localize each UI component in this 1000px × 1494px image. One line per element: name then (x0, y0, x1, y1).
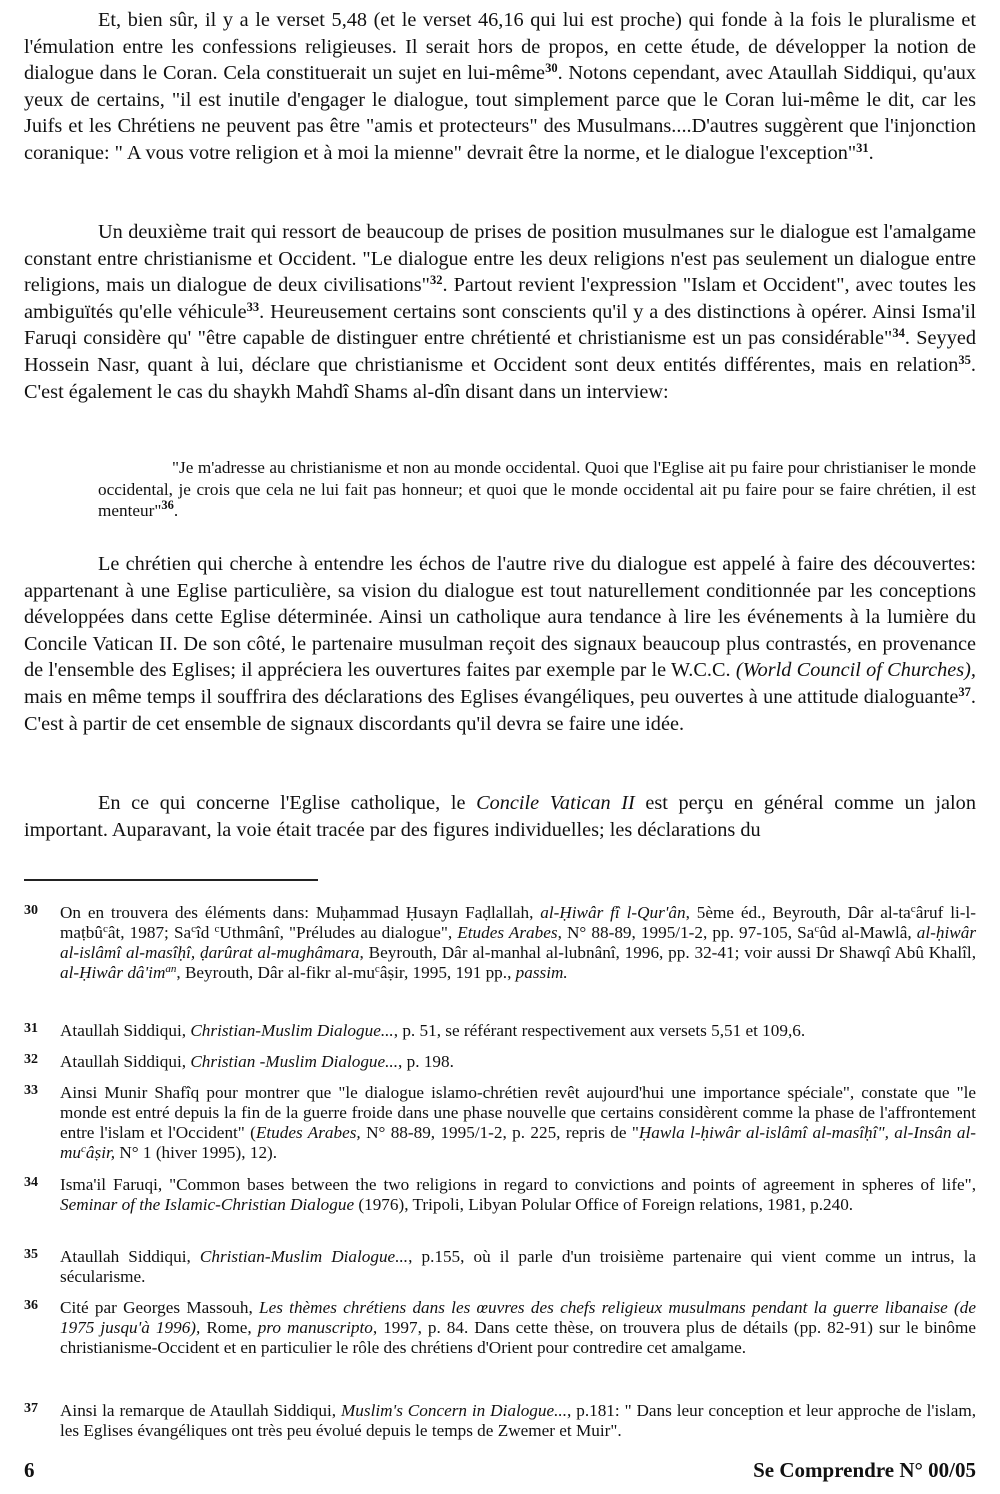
footnote-number: 36 (24, 1296, 38, 1316)
footnote-number: 32 (24, 1050, 38, 1070)
publication-title: Se Comprendre N° 00/05 (753, 1458, 976, 1483)
footnote-text: Ataullah Siddiqui, Christian-Muslim Dial… (60, 1021, 976, 1041)
paragraph-4: En ce qui concerne l'Eglise catholique, … (24, 790, 976, 843)
footnote-34: 34Isma'il Faruqi, "Common bases between … (24, 1175, 976, 1215)
footnote-37: 37Ainsi la remarque de Ataullah Siddiqui… (24, 1401, 976, 1441)
page-number: 6 (24, 1458, 35, 1483)
footnote-ref: 35 (958, 353, 971, 367)
footnote-number: 34 (24, 1173, 38, 1193)
footnote-number: 35 (24, 1245, 38, 1265)
footnote-30: 30On en trouvera des éléments dans: Muḥa… (24, 903, 976, 983)
footnote-32: 32Ataullah Siddiqui, Christian -Muslim D… (24, 1052, 976, 1072)
footnote-text: Ataullah Siddiqui, Christian-Muslim Dial… (60, 1247, 976, 1287)
paragraph-3: Le chrétien qui cherche à entendre les é… (24, 551, 976, 737)
footnote-text: On en trouvera des éléments dans: Muḥamm… (60, 903, 976, 983)
footnote-text: Ataullah Siddiqui, Christian -Muslim Dia… (60, 1052, 976, 1072)
footnote-text: Ainsi la remarque de Ataullah Siddiqui, … (60, 1401, 976, 1441)
footnote-36: 36Cité par Georges Massouh, Les thèmes c… (24, 1298, 976, 1358)
footnote-ref: c (375, 963, 380, 975)
footnote-ref: 33 (247, 300, 260, 314)
footnote-ref: 32 (430, 273, 443, 287)
footnote-ref: 34 (892, 326, 905, 340)
footnote-text: Ainsi Munir Shafîq pour montrer que "le … (60, 1083, 976, 1163)
footnote-ref: c (911, 903, 916, 915)
paragraph-1: Et, bien sûr, il y a le verset 5,48 (et … (24, 7, 976, 167)
footnote-ref: 30 (545, 61, 558, 75)
footnote-31: 31Ataullah Siddiqui, Christian-Muslim Di… (24, 1021, 976, 1041)
footnote-number: 37 (24, 1399, 38, 1419)
footnote-ref: c (191, 923, 196, 935)
footnote-number: 31 (24, 1019, 38, 1039)
footnote-separator (24, 879, 318, 881)
footnote-ref: c (103, 923, 108, 935)
paragraph-2: Un deuxième trait qui ressort de beaucou… (24, 219, 976, 405)
footnote-text: Isma'il Faruqi, "Common bases between th… (60, 1175, 976, 1215)
block-quote: "Je m'adresse au christianisme et non au… (98, 457, 976, 522)
footnote-text: Cité par Georges Massouh, Les thèmes chr… (60, 1298, 976, 1358)
footnote-ref: 37 (958, 685, 971, 699)
footnote-35: 35Ataullah Siddiqui, Christian-Muslim Di… (24, 1247, 976, 1287)
footnote-number: 33 (24, 1081, 38, 1101)
footnote-33: 33Ainsi Munir Shafîq pour montrer que "l… (24, 1083, 976, 1163)
footnote-ref: c (215, 923, 220, 935)
footnote-ref: c (814, 923, 819, 935)
footnote-ref: 36 (161, 498, 174, 512)
footnote-ref: 31 (856, 141, 869, 155)
footnote-number: 30 (24, 901, 38, 921)
